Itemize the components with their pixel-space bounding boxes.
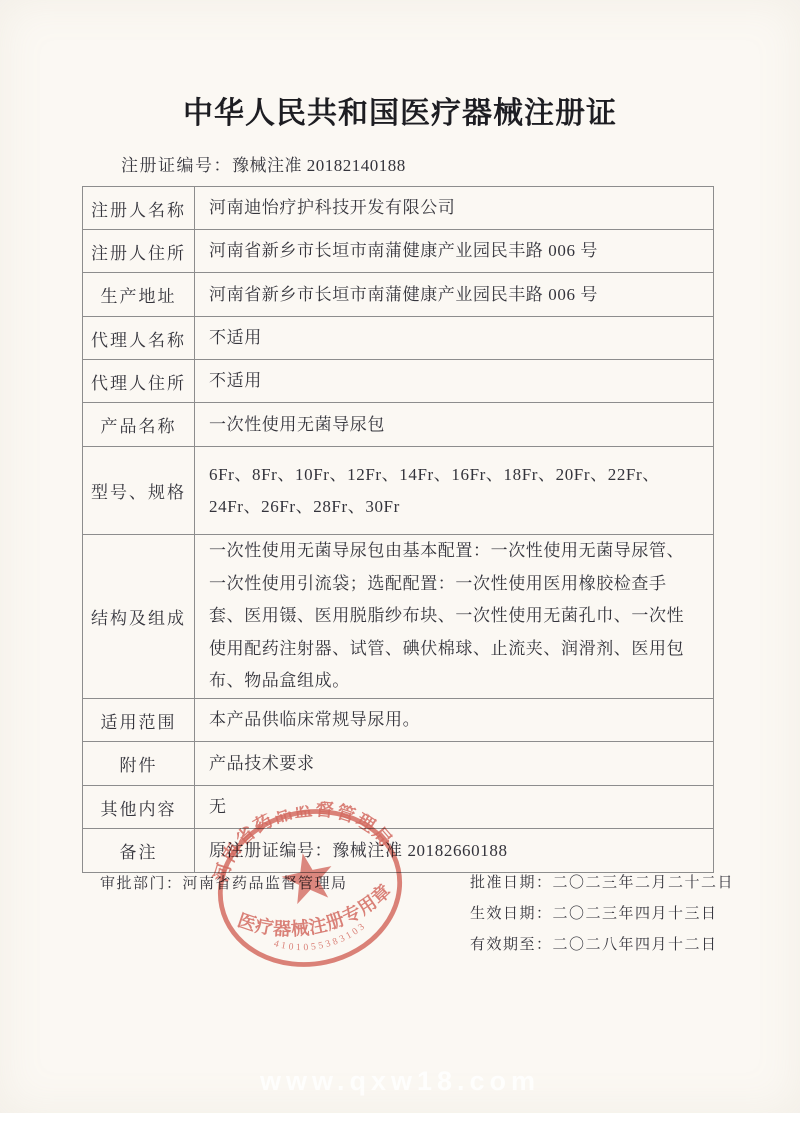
row-value: 不适用	[195, 360, 713, 402]
row-value: 本产品供临床常规导尿用。	[195, 699, 713, 741]
date-block: 批准日期：二〇二三年二月二十二日 生效日期：二〇二三年四月十三日 有效期至：二〇…	[470, 872, 734, 965]
row-label: 附件	[83, 742, 195, 785]
registration-number-value: 豫械注准 20182140188	[232, 156, 406, 175]
row-label: 注册人名称	[83, 187, 195, 229]
site-watermark: www.qxw18.com	[0, 1066, 800, 1097]
table-row: 注册人住所 河南省新乡市长垣市南蒲健康产业园民丰路 006 号	[83, 230, 713, 273]
certificate-table: 注册人名称 河南迪怡疗护科技开发有限公司 注册人住所 河南省新乡市长垣市南蒲健康…	[82, 186, 714, 873]
table-row: 产品名称 一次性使用无菌导尿包	[83, 403, 713, 447]
table-row: 生产地址 河南省新乡市长垣市南蒲健康产业园民丰路 006 号	[83, 273, 713, 317]
row-value: 河南省新乡市长垣市南蒲健康产业园民丰路 006 号	[195, 230, 713, 272]
row-value: 无	[195, 786, 713, 828]
row-value: 一次性使用无菌导尿包	[195, 403, 713, 446]
row-value: 6Fr、8Fr、10Fr、12Fr、14Fr、16Fr、18Fr、20Fr、22…	[195, 447, 713, 534]
row-value: 一次性使用无菌导尿包由基本配置：一次性使用无菌导尿管、一次性使用引流袋；选配配置…	[195, 535, 713, 698]
row-value: 原注册证编号：豫械注准 20182660188	[195, 829, 713, 872]
expiry-date-value: 二〇二八年四月十二日	[553, 937, 718, 953]
table-row: 适用范围 本产品供临床常规导尿用。	[83, 699, 713, 742]
effective-date-label: 生效日期：	[470, 906, 553, 922]
table-row: 代理人名称 不适用	[83, 317, 713, 360]
row-value: 河南省新乡市长垣市南蒲健康产业园民丰路 006 号	[195, 273, 713, 316]
row-label: 注册人住所	[83, 230, 195, 272]
approval-department-label: 审批部门：	[100, 876, 183, 892]
stamp-number: 4101055383103	[271, 919, 372, 961]
row-label: 型号、规格	[83, 447, 195, 534]
table-row: 型号、规格 6Fr、8Fr、10Fr、12Fr、14Fr、16Fr、18Fr、2…	[83, 447, 713, 535]
table-row: 附件 产品技术要求	[83, 742, 713, 786]
table-row: 结构及组成 一次性使用无菌导尿包由基本配置：一次性使用无菌导尿管、一次性使用引流…	[83, 535, 713, 699]
row-label: 生产地址	[83, 273, 195, 316]
row-label: 适用范围	[83, 699, 195, 741]
row-label: 代理人住所	[83, 360, 195, 402]
approval-department-value: 河南省药品监督管理局	[183, 876, 348, 892]
registration-number-label: 注册证编号：	[121, 156, 232, 175]
table-row: 代理人住所 不适用	[83, 360, 713, 403]
expiry-date-label: 有效期至：	[470, 937, 553, 953]
table-row: 其他内容 无	[83, 786, 713, 829]
effective-date-value: 二〇二三年四月十三日	[553, 906, 718, 922]
row-value: 河南迪怡疗护科技开发有限公司	[195, 187, 713, 229]
row-value: 产品技术要求	[195, 742, 713, 785]
effective-date-line: 生效日期：二〇二三年四月十三日	[470, 903, 734, 934]
row-label: 产品名称	[83, 403, 195, 446]
row-label: 备注	[83, 829, 195, 872]
row-label: 结构及组成	[83, 535, 195, 698]
expiry-date-line: 有效期至：二〇二八年四月十二日	[470, 934, 734, 965]
table-row: 备注 原注册证编号：豫械注准 20182660188	[83, 829, 713, 873]
approval-date-label: 批准日期：	[470, 875, 553, 891]
row-value: 不适用	[195, 317, 713, 359]
approval-department-line: 审批部门：河南省药品监督管理局	[100, 872, 348, 893]
page-title: 中华人民共和国医疗器械注册证	[0, 88, 800, 132]
row-label: 其他内容	[83, 786, 195, 828]
certificate-page: 中华人民共和国医疗器械注册证 注册证编号：豫械注准 20182140188 注册…	[0, 0, 800, 1113]
approval-date-line: 批准日期：二〇二三年二月二十二日	[470, 872, 734, 903]
registration-number-line: 注册证编号：豫械注准 20182140188	[121, 151, 406, 176]
table-row: 注册人名称 河南迪怡疗护科技开发有限公司	[83, 187, 713, 230]
approval-date-value: 二〇二三年二月二十二日	[553, 875, 735, 891]
row-label: 代理人名称	[83, 317, 195, 359]
